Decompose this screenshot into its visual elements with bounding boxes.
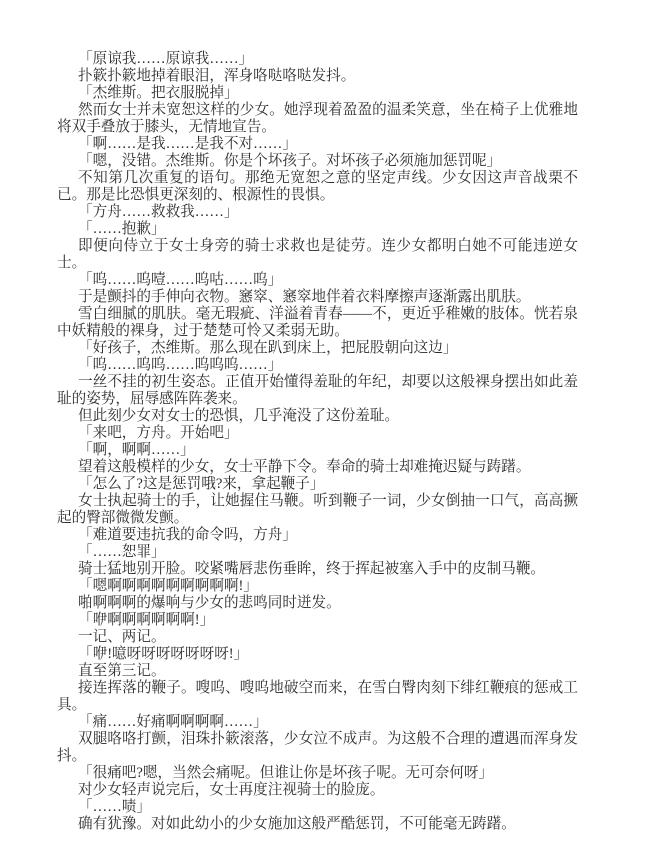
dialogue-paragraph: 「怎么了?这是惩罚哦?来，拿起鞭子」 — [57, 476, 578, 493]
narrative-paragraph: 对少女轻声说完后，女士再度注视骑士的脸庞。 — [57, 782, 578, 799]
dialogue-paragraph: 「呜……呜噎……呜咕……呜」 — [57, 272, 578, 289]
dialogue-paragraph: 「……啧」 — [57, 799, 578, 816]
narrative-paragraph: 直至第三记。 — [57, 663, 578, 680]
narrative-paragraph: 但此刻少女对女士的恐惧，几乎淹没了这份羞耻。 — [57, 408, 578, 425]
dialogue-paragraph: 「嗯，没错。杰维斯。你是个坏孩子。对坏孩子必须施加惩罚呢」 — [57, 153, 578, 170]
dialogue-paragraph: 「难道要违抗我的命令吗，方舟」 — [57, 527, 578, 544]
narrative-paragraph: 雪白细腻的肌肤。毫无瑕疵、洋溢着青春——不，更近乎稚嫩的肢体。恍若泉中妖精般的裸… — [57, 306, 578, 340]
dialogue-paragraph: 「来吧，方舟。开始吧」 — [57, 425, 578, 442]
text-block: 「原谅我……原谅我……」扑簌扑簌地掉着眼泪，浑身咯哒咯哒发抖。「杰维斯。把衣服脱… — [57, 51, 578, 833]
narrative-paragraph: 于是颤抖的手伸向衣物。窸窣、窸窣地伴着衣料摩擦声逐渐露出肌肤。 — [57, 289, 578, 306]
narrative-paragraph: 啪啊啊啊的爆响与少女的悲鸣同时迸发。 — [57, 595, 578, 612]
narrative-paragraph: 不知第几次重复的语句。那绝无宽恕之意的坚定声线。少女因这声音战栗不已。那是比恐惧… — [57, 170, 578, 204]
dialogue-paragraph: 「啊……是我……是我不对……」 — [57, 136, 578, 153]
narrative-paragraph: 扑簌扑簌地掉着眼泪，浑身咯哒咯哒发抖。 — [57, 68, 578, 85]
dialogue-paragraph: 「啊，啊啊……」 — [57, 442, 578, 459]
narrative-paragraph: 女士执起骑士的手，让她握住马鞭。听到鞭子一词，少女倒抽一口气，高高撅起的臀部微微… — [57, 493, 578, 527]
dialogue-paragraph: 「……抱歉」 — [57, 221, 578, 238]
narrative-paragraph: 骑士猛地别开脸。咬紧嘴唇悲伤垂眸，终于挥起被塞入手中的皮制马鞭。 — [57, 561, 578, 578]
dialogue-paragraph: 「咿!噫呀呀呀呀呀呀呀!」 — [57, 646, 578, 663]
dialogue-paragraph: 「痛……好痛啊啊啊啊……」 — [57, 714, 578, 731]
dialogue-paragraph: 「很痛吧?嗯，当然会痛呢。但谁让你是坏孩子呢。无可奈何呀」 — [57, 765, 578, 782]
narrative-paragraph: 确有犹豫。对如此幼小的少女施加这般严酷惩罚，不可能毫无踌躇。 — [57, 816, 578, 833]
narrative-paragraph: 接连挥落的鞭子。嗖呜、嗖呜地破空而来，在雪白臀肉刻下绯红鞭痕的惩戒工具。 — [57, 680, 578, 714]
dialogue-paragraph: 「方舟……救救我……」 — [57, 204, 578, 221]
narrative-paragraph: 即便向侍立于女士身旁的骑士求救也是徒劳。连少女都明白她不可能违逆女士。 — [57, 238, 578, 272]
dialogue-paragraph: 「呜……呜呜……呜呜呜……」 — [57, 357, 578, 374]
dialogue-paragraph: 「原谅我……原谅我……」 — [57, 51, 578, 68]
dialogue-paragraph: 「好孩子，杰维斯。那么现在趴到床上，把屁股朝向这边」 — [57, 340, 578, 357]
narrative-paragraph: 双腿咯咯打颤，泪珠扑簌滚落，少女泣不成声。为这般不合理的遭遇而浑身发抖。 — [57, 731, 578, 765]
narrative-paragraph: 然而女士并未宽恕这样的少女。她浮现着盈盈的温柔笑意，坐在椅子上优雅地将双手叠放于… — [57, 102, 578, 136]
novel-page: 「原谅我……原谅我……」扑簌扑簌地掉着眼泪，浑身咯哒咯哒发抖。「杰维斯。把衣服脱… — [0, 0, 650, 850]
dialogue-paragraph: 「嗯啊啊啊啊啊啊啊啊啊!」 — [57, 578, 578, 595]
dialogue-paragraph: 「咿啊啊啊啊啊啊!」 — [57, 612, 578, 629]
narrative-paragraph: 望着这般模样的少女，女士平静下令。奉命的骑士却难掩迟疑与踌躇。 — [57, 459, 578, 476]
dialogue-paragraph: 「杰维斯。把衣服脱掉」 — [57, 85, 578, 102]
dialogue-paragraph: 「……恕罪」 — [57, 544, 578, 561]
narrative-paragraph: 一记、两记。 — [57, 629, 578, 646]
narrative-paragraph: 一丝不挂的初生姿态。正值开始懂得羞耻的年纪，却要以这般裸身摆出如此羞耻的姿势，屈… — [57, 374, 578, 408]
